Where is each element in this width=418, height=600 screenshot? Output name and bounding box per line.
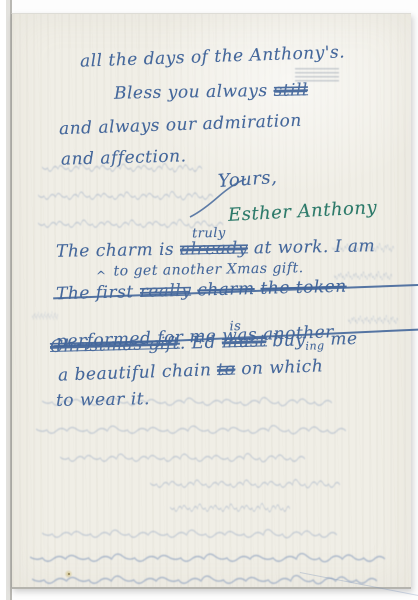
struck-word: charm [197, 279, 255, 300]
letter-line: The charm is already truly at work. I am [56, 237, 375, 261]
line-text: The first [56, 282, 134, 304]
bleedthrough-line [334, 270, 392, 282]
struck-phrase: Christmas gift [50, 334, 180, 357]
bleedthrough-line [42, 162, 202, 174]
line-text: to get another Xmas gift. [113, 260, 303, 279]
paper-speck [68, 573, 70, 575]
edit-group: must is [222, 332, 267, 352]
bleedthrough-line [42, 528, 337, 540]
bleedthrough-line [30, 552, 385, 564]
bleedthrough-line [36, 424, 346, 436]
inserted-line: ^ to get another Xmas gift. [96, 261, 304, 280]
struck-word: must [222, 331, 267, 352]
signature-text: Esther Anthony [228, 197, 378, 226]
bleedthrough-line [32, 310, 58, 322]
bleedthrough-line [332, 242, 394, 254]
bleedthrough-line [42, 396, 332, 408]
struck-word: still [273, 80, 308, 101]
line-text: on which [241, 356, 324, 379]
line-text: buy [272, 330, 305, 351]
struck-word: already [180, 238, 248, 259]
struck-word: really [139, 281, 191, 302]
bleedthrough-line [38, 190, 213, 202]
letter-line: a beautiful chain to on which [58, 357, 324, 385]
line-text: . [180, 333, 186, 353]
inserted-suffix: ing [305, 339, 324, 352]
inserted-word: is [229, 320, 241, 335]
line-text: me [330, 329, 358, 350]
bleedthrough-line [38, 218, 223, 230]
letter-paper: all the days of the Anthony's. Bless you… [11, 13, 411, 589]
line-text: Ed [191, 333, 216, 354]
line-text: The charm is [56, 240, 175, 262]
line-text: a beautiful chain [58, 360, 212, 385]
bleedthrough-line [170, 502, 290, 514]
line-text: Bless you always [114, 81, 268, 104]
signature: Esther Anthony [228, 198, 378, 226]
bleedthrough-line [60, 452, 305, 464]
caret-mark: ^ [96, 270, 107, 283]
line-text: and always our admiration [59, 111, 302, 139]
struck-word: to [217, 359, 236, 380]
letter-line: Bless you always still [114, 81, 308, 103]
letter-line: and always our admiration [59, 112, 302, 139]
bleedthrough-line [32, 574, 377, 586]
bleedthrough-line [348, 314, 398, 326]
bleedthrough-line [150, 478, 340, 490]
edit-group: already truly [180, 239, 248, 259]
